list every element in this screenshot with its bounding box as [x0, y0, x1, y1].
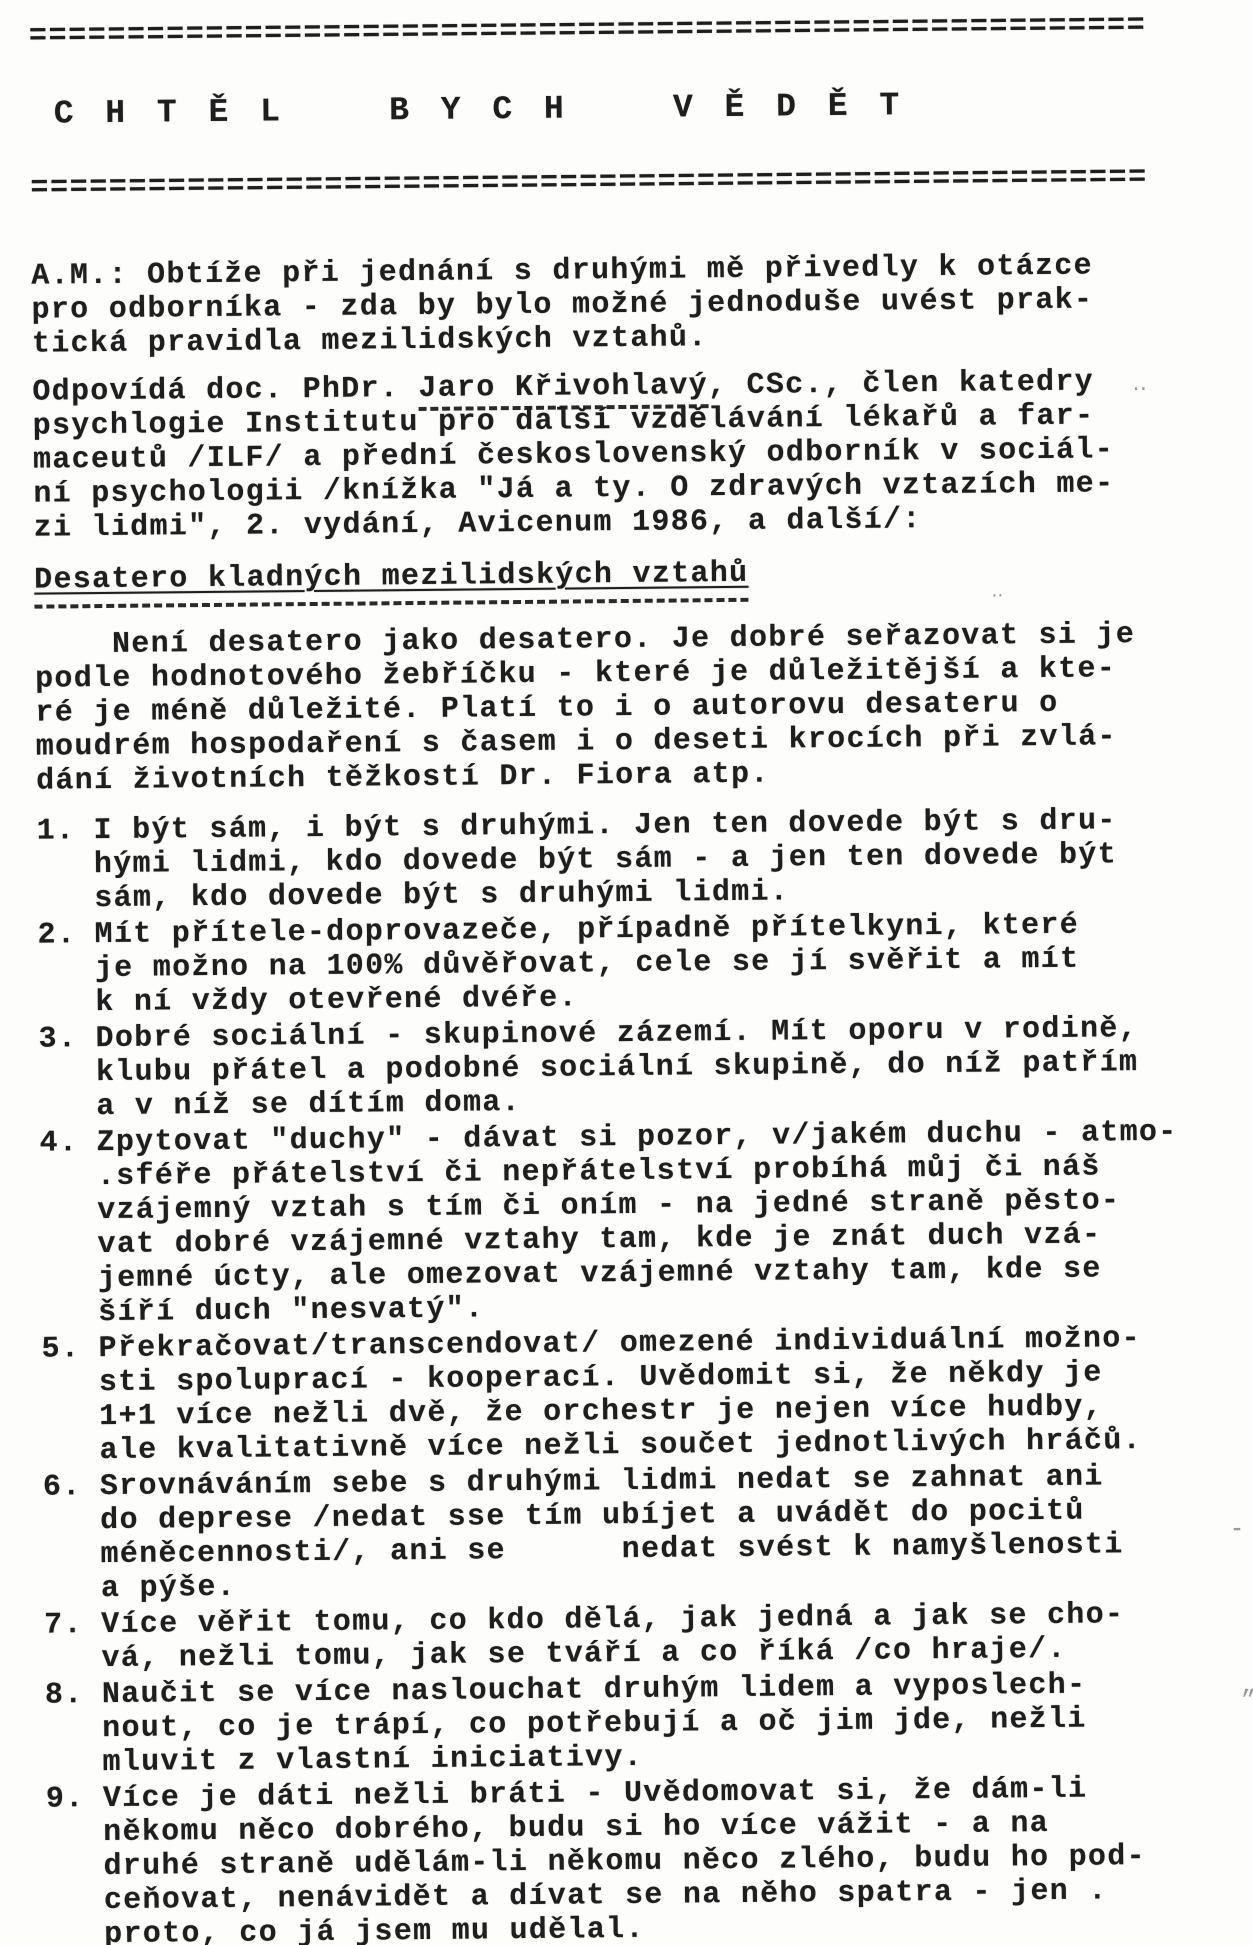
item-text: Více věřit tomu, co kdo dělá, jak jedná …	[101, 1597, 1230, 1676]
answer-intro-rest: psychlogie Institutu pro další vzděláván…	[33, 398, 1219, 545]
item-text: Překračovat/transcendovat/ omezené indiv…	[98, 1321, 1227, 1468]
list-item-2: 2. Mít přítele-doprovazeče, případně pří…	[37, 907, 1223, 1020]
answer-intro-pre: Odpovídá doc. PhDr.	[32, 372, 418, 410]
item-number: 9.	[46, 1782, 103, 1817]
list-item-4: 4. Zpytovat "duchy" - dávat si pozor, v/…	[39, 1115, 1226, 1330]
item-text: I být sám, i být s druhými. Jen ten dove…	[93, 803, 1222, 916]
page-content: ========================================…	[0, 0, 1253, 1945]
item-number: 3.	[38, 1022, 95, 1057]
answer-intro-paragraph: Odpovídá doc. PhDr. Jaro Křivohlavý, CSc…	[32, 364, 1219, 545]
item-number: 4.	[39, 1126, 96, 1161]
question-paragraph: A.M.: Obtíže při jednání s druhými mě př…	[31, 248, 1217, 361]
section-heading: Desatero kladných mezilidských vztahů	[34, 557, 749, 609]
list-item-9: 9. Více je dáti nežli bráti - Uvědomovat…	[46, 1771, 1233, 1945]
item-number: 1.	[36, 814, 93, 849]
list-item-1: 1. I být sám, i být s druhými. Jen ten d…	[36, 803, 1222, 916]
item-number: 8.	[45, 1678, 102, 1713]
scan-speck: ‥	[1132, 371, 1149, 397]
double-rule-bottom: ========================================…	[30, 162, 1215, 203]
answer-intro-post: , CSc., člen katedry	[708, 365, 1094, 403]
item-text: Naučit se více naslouchat druhým lidem a…	[102, 1667, 1231, 1780]
list-item-8: 8. Naučit se více naslouchat druhým lide…	[45, 1667, 1231, 1780]
item-text: Dobré sociální - skupinové zázemí. Mít o…	[95, 1011, 1224, 1124]
list-item-5: 5. Překračovat/transcendovat/ omezené in…	[41, 1321, 1227, 1468]
list-item-3: 3. Dobré sociální - skupinové zázemí. Mí…	[38, 1011, 1224, 1124]
item-text: Více je dáti nežli bráti - Uvědomovat si…	[103, 1771, 1233, 1945]
item-number: 5.	[41, 1332, 98, 1367]
scan-speck: ‥	[991, 580, 1005, 602]
scan-speck: „	[1241, 1670, 1253, 1700]
page-title: C H T Ě L B Y C H V Ě D Ě T	[54, 84, 1215, 133]
double-rule-top: ========================================…	[29, 10, 1214, 51]
item-number: 6.	[43, 1470, 100, 1505]
item-number: 7.	[44, 1608, 101, 1643]
ten-rules-list: 1. I být sám, i být s druhými. Jen ten d…	[36, 803, 1232, 1945]
scan-speck: ⁃	[1231, 1518, 1244, 1544]
item-text: Zpytovat "duchy" - dávat si pozor, v/jak…	[96, 1115, 1226, 1330]
item-number: 2.	[37, 918, 94, 953]
scanned-typewritten-page: ========================================…	[0, 0, 1253, 1945]
section-heading-text: Desatero kladných mezilidských vztahů	[34, 557, 749, 598]
list-item-6: 6. Srovnáváním sebe s druhými lidmi neda…	[43, 1459, 1229, 1606]
item-text: Mít přítele-doprovazeče, případně přítel…	[94, 907, 1223, 1020]
item-text: Srovnáváním sebe s druhými lidmi nedat s…	[100, 1459, 1229, 1606]
lead-paragraph: Není desatero jako desatero. Je dobré se…	[35, 617, 1222, 798]
list-item-7: 7. Více věřit tomu, co kdo dělá, jak jed…	[44, 1597, 1230, 1676]
